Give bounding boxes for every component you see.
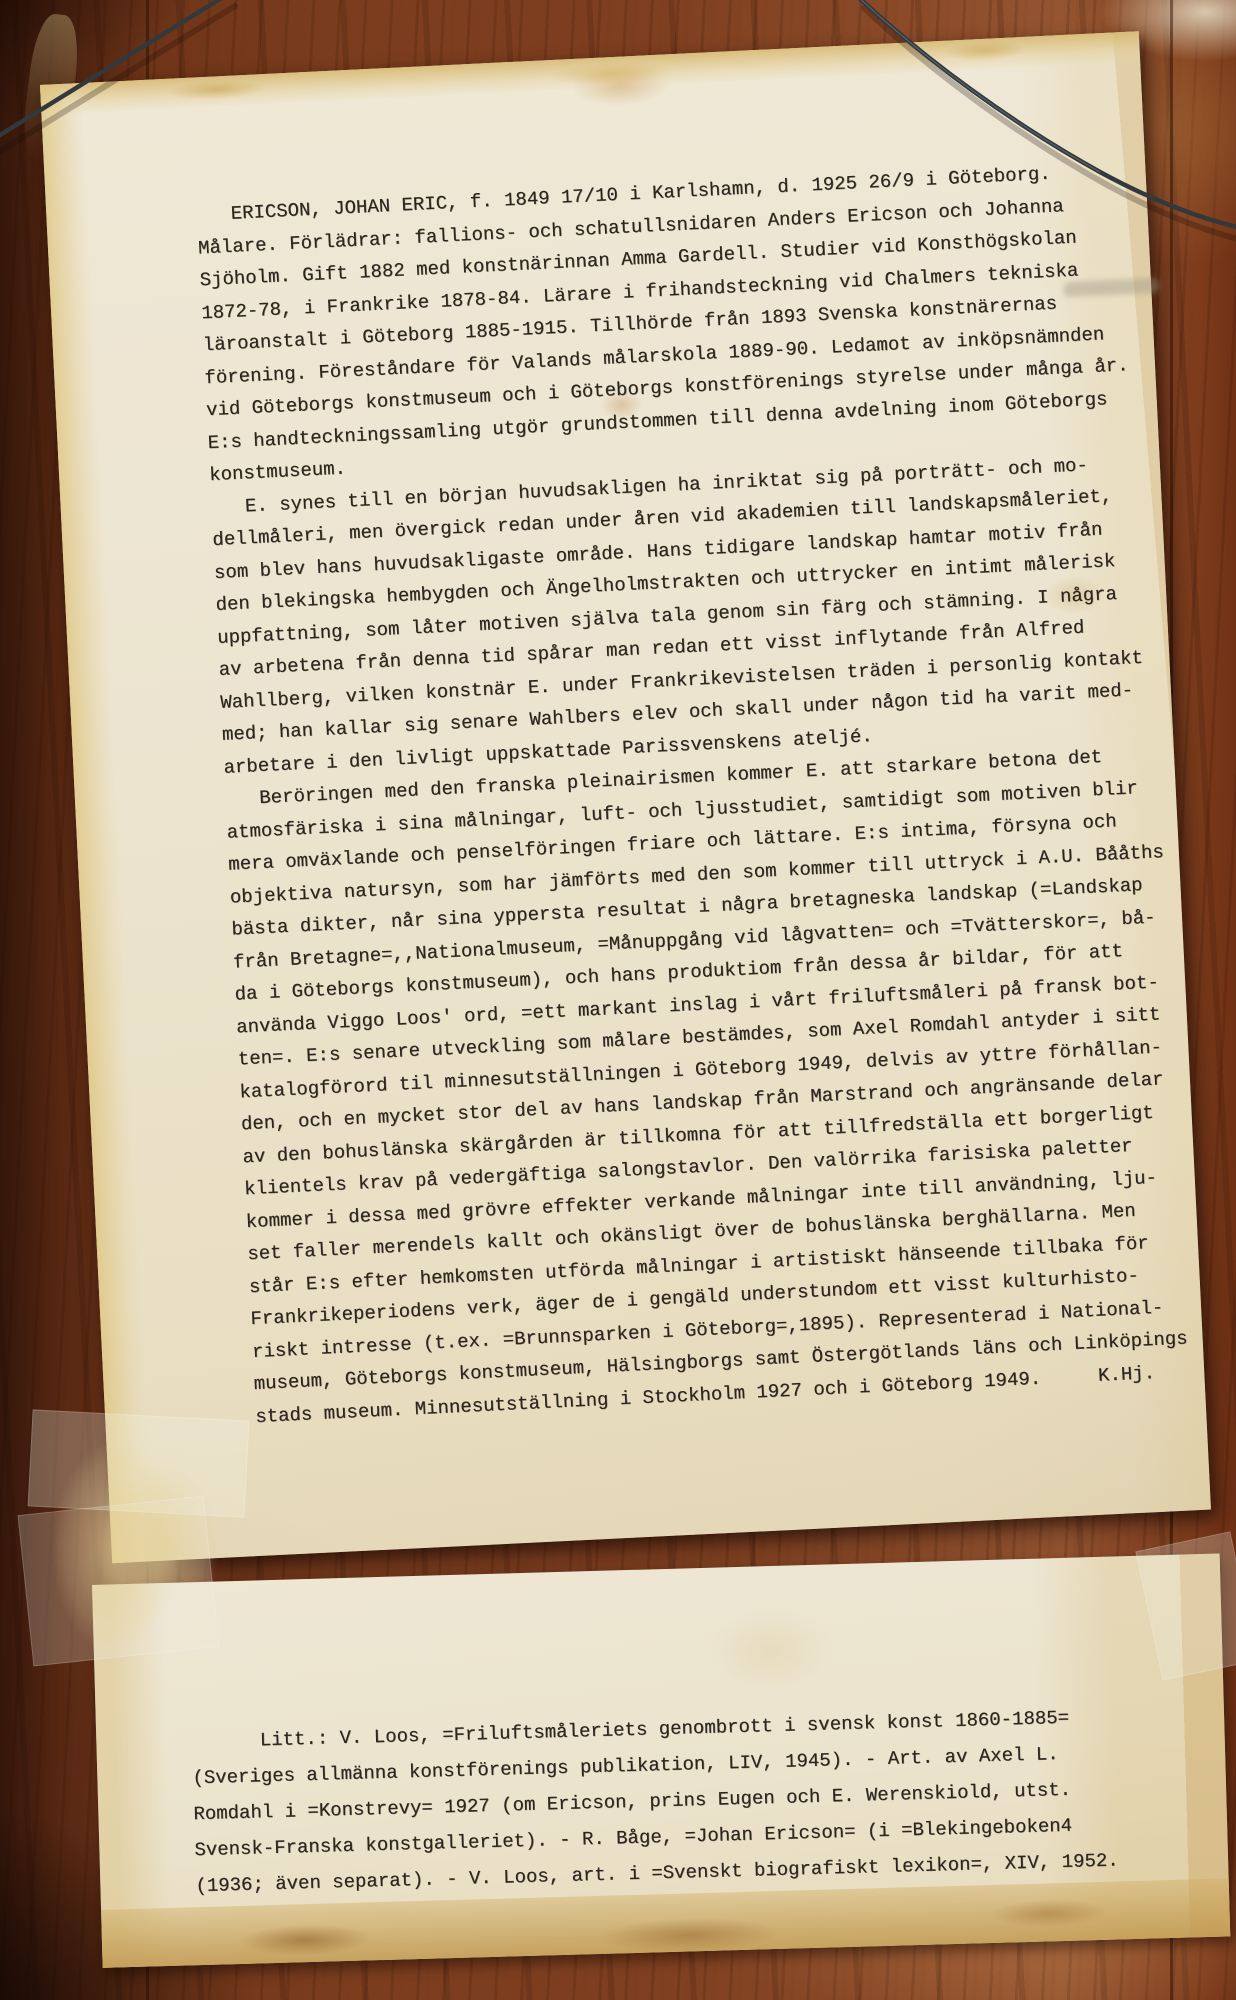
typed-text-block: Litt.: V. Loos, =Friluftsmåleriets genom…: [92, 1554, 1229, 1907]
typed-literature-page: Litt.: V. Loos, =Friluftsmåleriets genom…: [92, 1554, 1230, 1968]
photo-backdrop-wood: ERICSON, JOHAN ERIC, f. 1849 17/10 i Kar…: [0, 0, 1236, 2000]
typed-text-block: ERICSON, JOHAN ERIC, f. 1849 17/10 i Kar…: [40, 31, 1205, 1440]
clear-tape-piece: [18, 1496, 220, 1667]
typed-biography-page: ERICSON, JOHAN ERIC, f. 1849 17/10 i Kar…: [40, 31, 1211, 1563]
